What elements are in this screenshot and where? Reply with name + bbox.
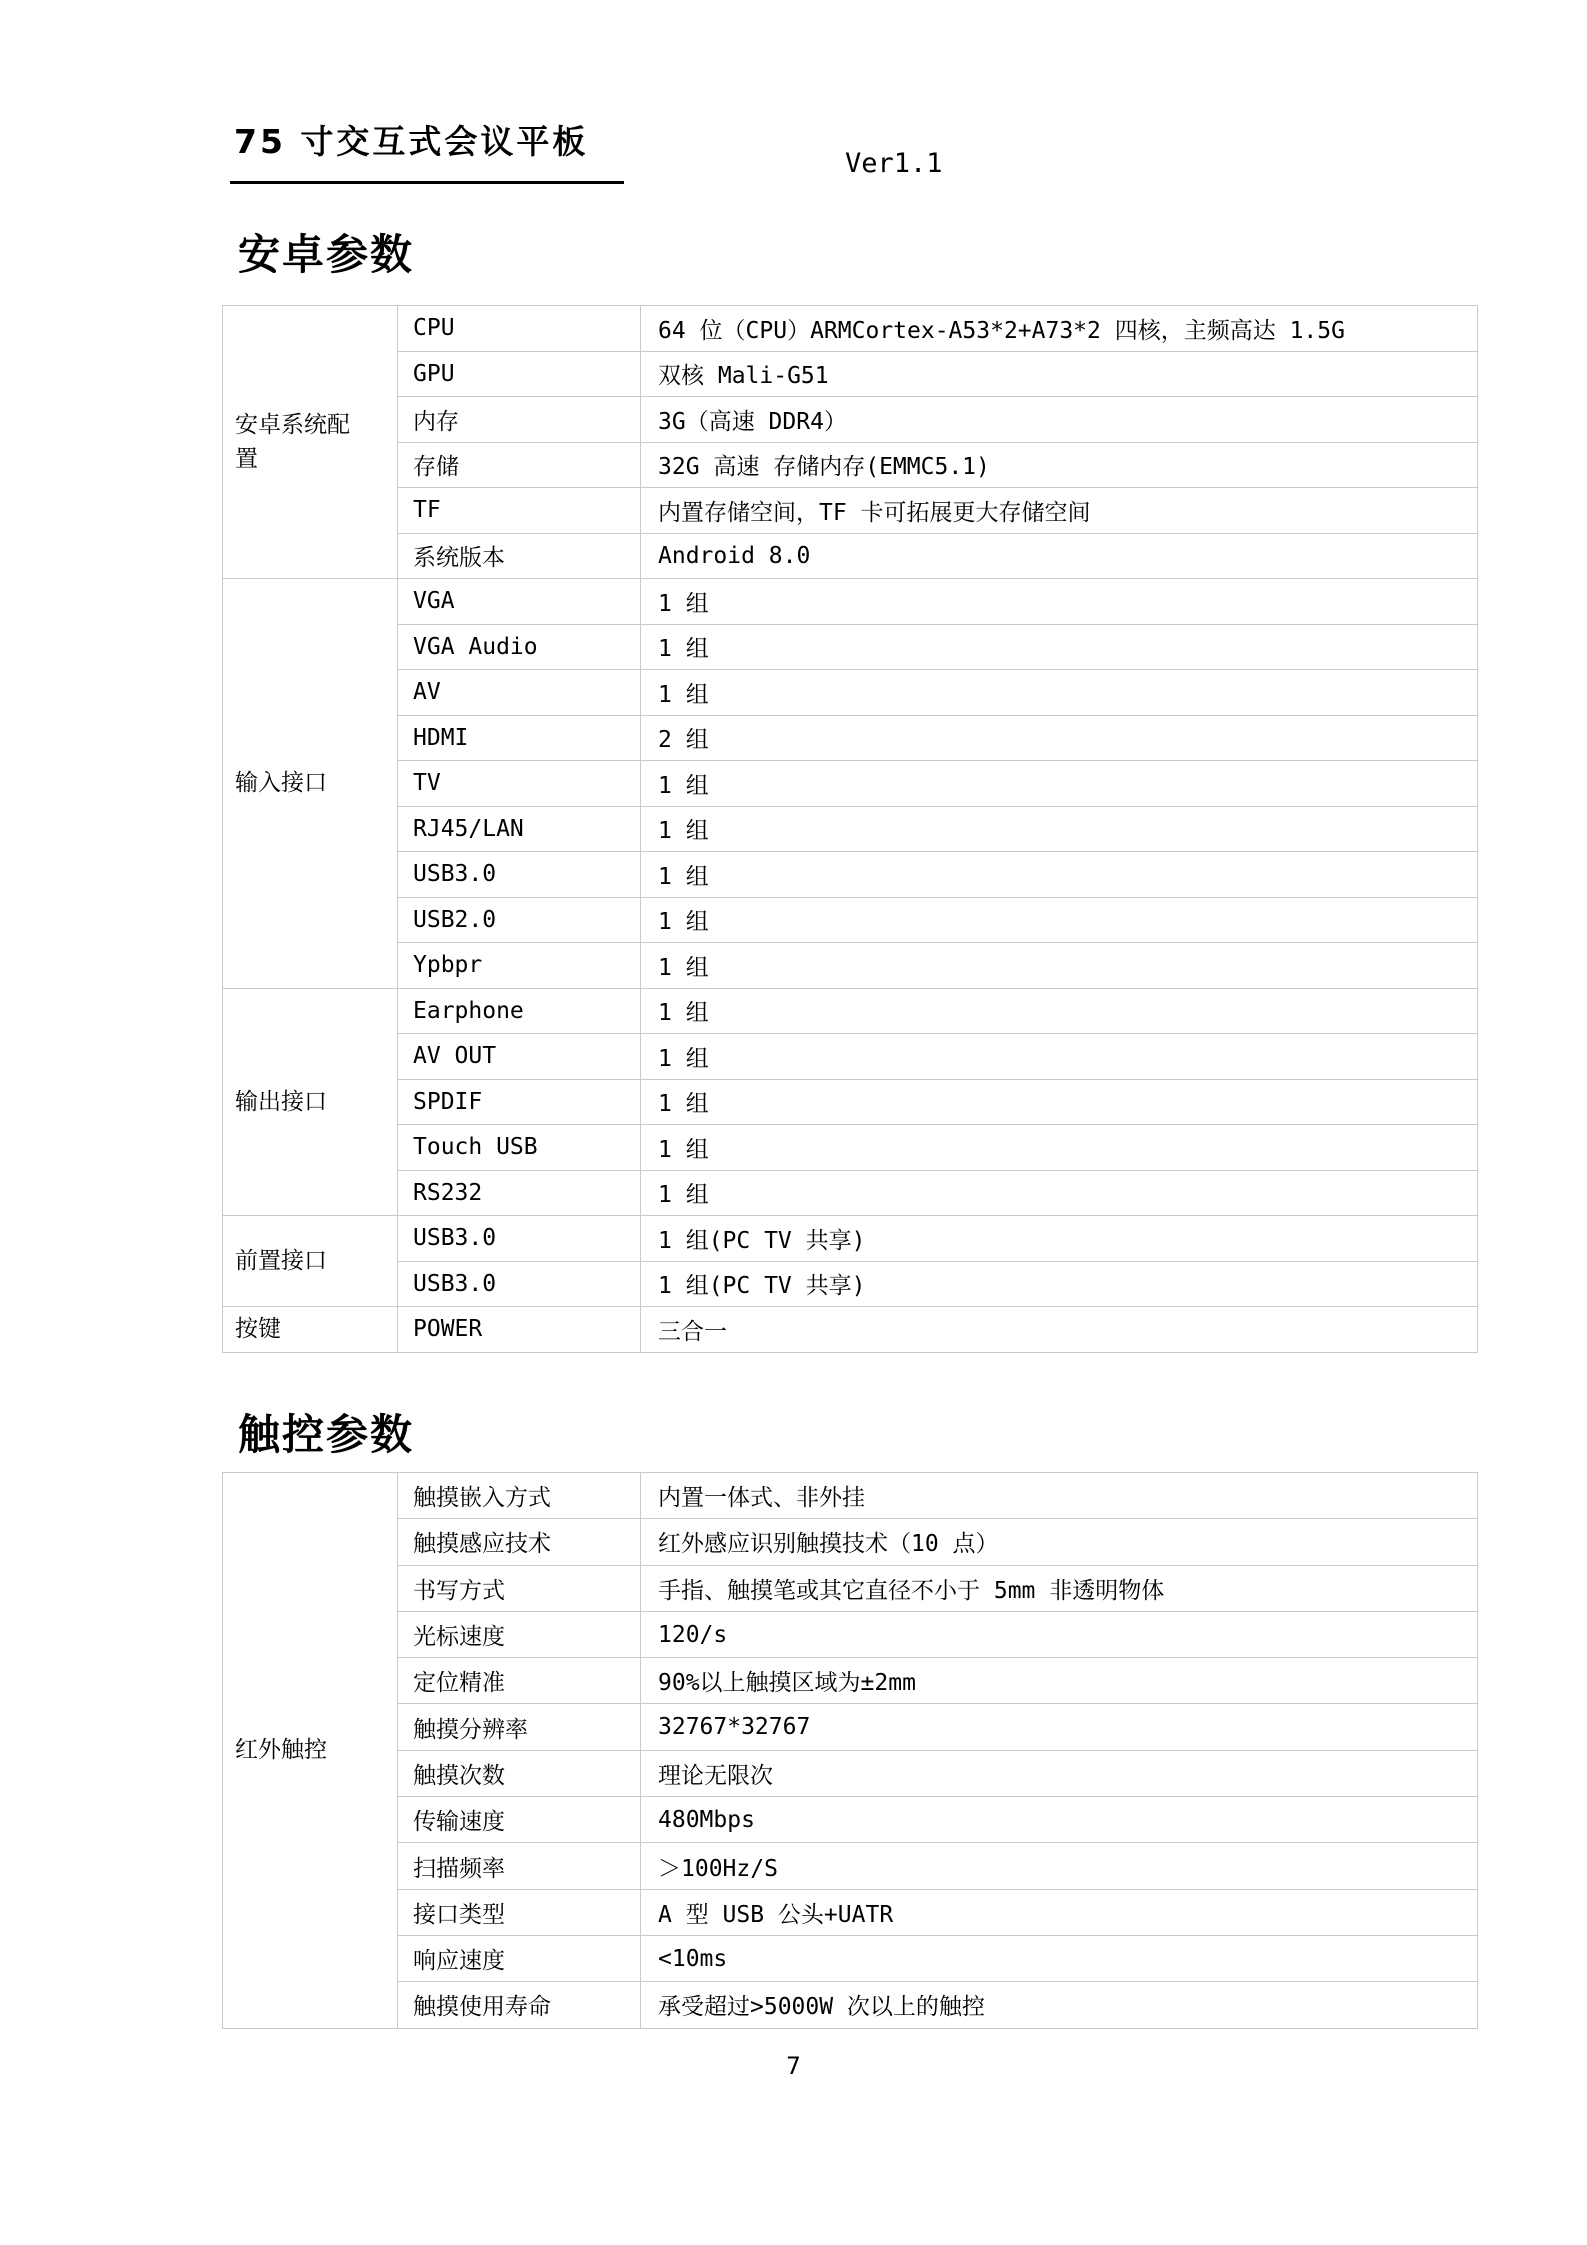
spec-label-cell: 传输速度 [398,1797,641,1843]
spec-value-cell: 1 组 [641,852,1478,898]
table-row: 触摸分辨率32767*32767 [223,1704,1478,1750]
table-row: AV OUT1 组 [223,1034,1478,1080]
spec-value-cell: 承受超过>5000W 次以上的触控 [641,1982,1478,2028]
table-row: 触摸使用寿命承受超过>5000W 次以上的触控 [223,1982,1478,2028]
spec-label-cell: USB3.0 [398,852,641,898]
table-row: TF内置存储空间，TF 卡可拓展更大存储空间 [223,488,1478,534]
spec-value-cell: 双核 Mali-G51 [641,351,1478,397]
spec-label-cell: 存储 [398,442,641,488]
spec-value-cell: 1 组 [641,988,1478,1034]
table-row: 触摸感应技术红外感应识别触摸技术（10 点） [223,1519,1478,1565]
spec-label-cell: USB2.0 [398,897,641,943]
spec-label-cell: VGA Audio [398,624,641,670]
spec-value-cell: 三合一 [641,1307,1478,1353]
spec-value-cell: Android 8.0 [641,533,1478,579]
spec-label-cell: CPU [398,306,641,352]
spec-label-cell: AV OUT [398,1034,641,1080]
table-row: 输入接口VGA1 组 [223,579,1478,625]
android-spec-table: 安卓系统配置CPU64 位（CPU）ARMCortex-A53*2+A73*2 … [222,305,1478,1353]
spec-value-cell: 1 组 [641,1079,1478,1125]
spec-value-cell: 红外感应识别触摸技术（10 点） [641,1519,1478,1565]
table-row: 书写方式手指、触摸笔或其它直径不小于 5mm 非透明物体 [223,1565,1478,1611]
table-row: 传输速度480Mbps [223,1797,1478,1843]
table-row: 存储32G 高速 存储内存(EMMC5.1) [223,442,1478,488]
document-title: 75 寸交互式会议平板 [234,116,588,163]
spec-value-cell: 32G 高速 存储内存(EMMC5.1) [641,442,1478,488]
spec-label-cell: 触摸使用寿命 [398,1982,641,2028]
category-cell: 安卓系统配置 [223,306,398,579]
spec-value-cell: 120/s [641,1611,1478,1657]
table-row: USB2.01 组 [223,897,1478,943]
spec-value-cell: 1 组 [641,579,1478,625]
category-cell: 前置接口 [223,1216,398,1307]
spec-label-cell: TF [398,488,641,534]
spec-label-cell: 触摸次数 [398,1750,641,1796]
section-title-android-params: 安卓参数 [238,222,414,282]
spec-label-cell: VGA [398,579,641,625]
table-row: GPU双核 Mali-G51 [223,351,1478,397]
spec-value-cell: 内置一体式、非外挂 [641,1473,1478,1519]
spec-value-cell: 1 组 [641,806,1478,852]
table-row: 红外触控触摸嵌入方式内置一体式、非外挂 [223,1473,1478,1519]
spec-value-cell: 64 位（CPU）ARMCortex-A53*2+A73*2 四核，主频高达 1… [641,306,1478,352]
spec-value-cell: A 型 USB 公头+UATR [641,1889,1478,1935]
table-row: 前置接口USB3.01 组(PC TV 共享) [223,1216,1478,1262]
section-title-touch-params: 触控参数 [238,1402,414,1462]
table-row: AV1 组 [223,670,1478,716]
spec-value-cell: 32767*32767 [641,1704,1478,1750]
table-row: USB3.01 组 [223,852,1478,898]
spec-value-cell: 1 组 [641,943,1478,989]
table-row: 输出接口Earphone1 组 [223,988,1478,1034]
spec-value-cell: 480Mbps [641,1797,1478,1843]
table-row: USB3.01 组(PC TV 共享) [223,1261,1478,1307]
spec-label-cell: 触摸感应技术 [398,1519,641,1565]
spec-label-cell: 内存 [398,397,641,443]
spec-label-cell: TV [398,761,641,807]
table-row: 内存3G（高速 DDR4） [223,397,1478,443]
spec-value-cell: 1 组 [641,897,1478,943]
category-cell: 按键 [223,1307,398,1353]
spec-value-cell: 1 组 [641,1170,1478,1216]
table-row: 光标速度120/s [223,1611,1478,1657]
spec-label-cell: POWER [398,1307,641,1353]
spec-label-cell: 系统版本 [398,533,641,579]
spec-label-cell: Ypbpr [398,943,641,989]
spec-value-cell: 1 组(PC TV 共享) [641,1216,1478,1262]
spec-label-cell: Earphone [398,988,641,1034]
spec-value-cell: 1 组 [641,761,1478,807]
table-row: SPDIF1 组 [223,1079,1478,1125]
spec-value-cell: <10ms [641,1935,1478,1981]
spec-value-cell: 90%以上触摸区域为±2mm [641,1658,1478,1704]
spec-label-cell: 接口类型 [398,1889,641,1935]
spec-label-cell: RS232 [398,1170,641,1216]
spec-value-cell: 1 组 [641,1125,1478,1171]
table-row: VGA Audio1 组 [223,624,1478,670]
table-row: 扫描频率＞100Hz/S [223,1843,1478,1889]
spec-value-cell: 理论无限次 [641,1750,1478,1796]
spec-label-cell: 定位精准 [398,1658,641,1704]
spec-label-cell: 触摸嵌入方式 [398,1473,641,1519]
spec-label-cell: 书写方式 [398,1565,641,1611]
spec-label-cell: SPDIF [398,1079,641,1125]
category-cell: 输入接口 [223,579,398,989]
category-cell: 输出接口 [223,988,398,1216]
spec-value-cell: 1 组(PC TV 共享) [641,1261,1478,1307]
table-row: 定位精准90%以上触摸区域为±2mm [223,1658,1478,1704]
table-row: 系统版本Android 8.0 [223,533,1478,579]
spec-value-cell: 1 组 [641,670,1478,716]
table-row: TV1 组 [223,761,1478,807]
table-row: RS2321 组 [223,1170,1478,1216]
spec-label-cell: USB3.0 [398,1261,641,1307]
spec-label-cell: Touch USB [398,1125,641,1171]
category-cell: 红外触控 [223,1473,398,2029]
spec-label-cell: 触摸分辨率 [398,1704,641,1750]
title-underline [230,181,624,184]
spec-value-cell: 内置存储空间，TF 卡可拓展更大存储空间 [641,488,1478,534]
spec-label-cell: HDMI [398,715,641,761]
spec-label-cell: USB3.0 [398,1216,641,1262]
version-label: Ver1.1 [845,148,943,179]
table-row: 接口类型A 型 USB 公头+UATR [223,1889,1478,1935]
spec-value-cell: 1 组 [641,624,1478,670]
table-row: 触摸次数理论无限次 [223,1750,1478,1796]
spec-value-cell: 手指、触摸笔或其它直径不小于 5mm 非透明物体 [641,1565,1478,1611]
spec-value-cell: ＞100Hz/S [641,1843,1478,1889]
table-row: HDMI2 组 [223,715,1478,761]
page-number: 7 [0,2052,1587,2080]
table-row: 响应速度<10ms [223,1935,1478,1981]
spec-label-cell: 响应速度 [398,1935,641,1981]
spec-label-cell: 光标速度 [398,1611,641,1657]
table-row: 安卓系统配置CPU64 位（CPU）ARMCortex-A53*2+A73*2 … [223,306,1478,352]
table-row: 按键POWER三合一 [223,1307,1478,1353]
spec-label-cell: 扫描频率 [398,1843,641,1889]
spec-value-cell: 3G（高速 DDR4） [641,397,1478,443]
table-row: RJ45/LAN1 组 [223,806,1478,852]
spec-value-cell: 2 组 [641,715,1478,761]
spec-label-cell: GPU [398,351,641,397]
spec-label-cell: RJ45/LAN [398,806,641,852]
spec-label-cell: AV [398,670,641,716]
touch-spec-table: 红外触控触摸嵌入方式内置一体式、非外挂触摸感应技术红外感应识别触摸技术（10 点… [222,1472,1478,2029]
table-row: Touch USB1 组 [223,1125,1478,1171]
table-row: Ypbpr1 组 [223,943,1478,989]
spec-value-cell: 1 组 [641,1034,1478,1080]
